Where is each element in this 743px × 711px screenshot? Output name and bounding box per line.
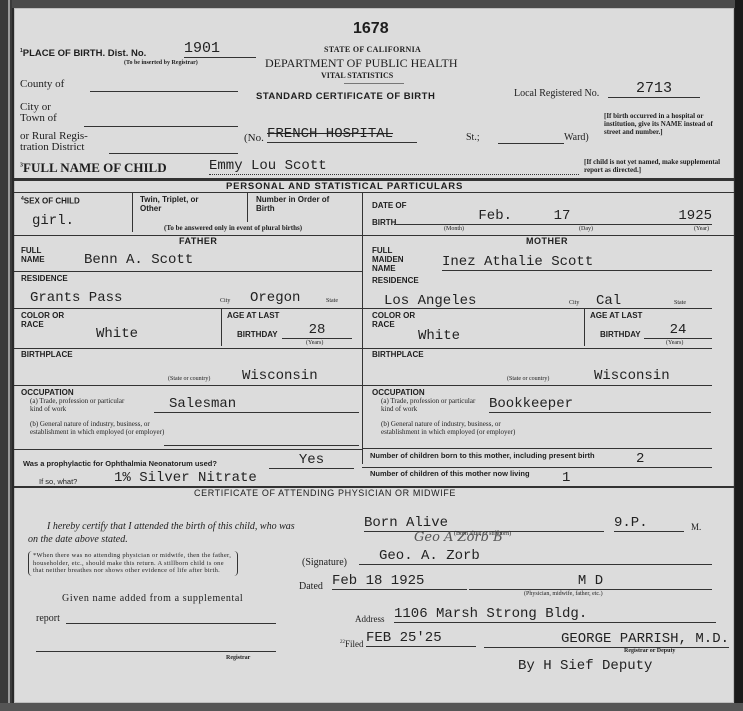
mother-occupation-label: OCCUPATION	[372, 388, 425, 397]
mother-residence-label: RESIDENCE	[372, 276, 419, 285]
certify-statement: I hereby certify that I attended the bir…	[47, 521, 295, 532]
meridiem-label: M.	[691, 522, 701, 532]
scan-edge-top	[0, 0, 743, 8]
mother-name-label: FULL MAIDEN NAME	[372, 246, 412, 273]
city-caption: City	[569, 300, 579, 306]
dob-month: Feb.	[394, 208, 512, 225]
registrar-caption: Registrar	[226, 655, 250, 661]
father-occupation: Salesman	[154, 396, 359, 413]
mother-age-label-2: BIRTHDAY	[600, 330, 641, 339]
divider	[132, 192, 133, 232]
dob-label-2: BIRTH	[372, 218, 396, 227]
city-caption: City	[220, 298, 230, 304]
report-label: report	[36, 613, 60, 624]
place-of-birth-label: 1PLACE OF BIRTH. Dist. No.	[20, 48, 146, 59]
birth-order-label: Number in Order of Birth	[256, 195, 346, 213]
department-name: DEPARTMENT OF PUBLIC HEALTH	[265, 56, 458, 71]
street-label: St.;	[466, 132, 480, 143]
mother-age: 24	[644, 322, 712, 339]
mother-age-label-1: AGE AT LAST	[590, 311, 642, 320]
center-divider	[362, 192, 363, 464]
registrar-signature-line	[36, 651, 276, 652]
father-age-label-1: AGE AT LAST	[227, 311, 279, 320]
father-age-label-2: BIRTHDAY	[237, 330, 278, 339]
address-label: Address	[355, 614, 385, 624]
physician-title-caption: (Physician, midwife, father, etc.)	[524, 591, 603, 597]
state-caption: State	[674, 300, 686, 306]
divider	[247, 192, 248, 222]
children-living: 1	[562, 470, 570, 486]
supplemental-label: Given name added from a supplemental	[62, 593, 243, 604]
father-name-label: FULL NAME	[21, 246, 51, 264]
ward-label: Ward)	[564, 132, 589, 143]
deputy-signature: By H Sief Deputy	[518, 658, 652, 674]
child-sex: girl.	[32, 213, 74, 229]
twin-label: Twin, Triplet, or Other	[140, 195, 210, 213]
signature-label: (Signature)	[302, 557, 347, 568]
father-birthplace-label: BIRTHPLACE	[21, 350, 73, 359]
year-caption: (Year)	[694, 226, 709, 232]
years-caption: (Years)	[666, 340, 683, 346]
city-label: City orTown of	[20, 102, 57, 124]
filed-date: FEB 25'25	[366, 630, 476, 647]
section-title: PERSONAL AND STATISTICAL PARTICULARS	[226, 181, 463, 192]
dated-label: Dated	[299, 581, 323, 592]
divider	[362, 467, 712, 468]
mother-occupation-b-label: (b) General nature of industry, business…	[381, 420, 521, 436]
certify-statement-2: on the date above stated.	[28, 534, 128, 545]
divider	[14, 385, 362, 386]
district-number: 1901	[184, 40, 256, 58]
birth-time: 9.P.	[614, 515, 684, 532]
county-label: County of	[20, 78, 64, 90]
divider	[14, 271, 362, 272]
prophylactic-what-label: If so, what?	[39, 477, 77, 486]
divider	[221, 308, 222, 346]
divider	[14, 192, 734, 193]
divider	[362, 448, 712, 449]
physician-address: 1106 Marsh Strong Bldg.	[394, 606, 716, 623]
dated-value: Feb 18 1925	[332, 573, 467, 590]
birthplace-caption: (State or country)	[507, 376, 549, 382]
physician-signature-handwritten: Geo A Zorb B	[414, 530, 503, 545]
state-caption: State	[326, 298, 338, 304]
children-born: 2	[636, 451, 644, 467]
mother-occupation-a-label: (a) Trade, profession or particular kind…	[381, 397, 489, 413]
father-residence-label: RESIDENCE	[21, 274, 68, 283]
city-field	[84, 126, 238, 127]
local-registered-label: Local Registered No.	[514, 88, 599, 99]
divider	[584, 308, 585, 346]
filed-label: 22Filed	[340, 639, 364, 649]
mother-race: White	[418, 328, 460, 344]
mother-race-label: COLOR OR RACE	[372, 311, 422, 329]
years-caption: (Years)	[306, 340, 323, 346]
file-number: 1678	[353, 20, 389, 38]
no-physician-note: *When there was no attending physician o…	[28, 551, 238, 576]
divider	[362, 385, 712, 386]
child-full-name: Emmy Lou Scott	[209, 158, 579, 175]
father-race-label: COLOR OR RACE	[21, 311, 71, 329]
month-caption: (Month)	[444, 226, 464, 232]
divider	[362, 308, 712, 309]
report-field	[66, 623, 276, 624]
children-born-label: Number of children born to this mother, …	[370, 451, 595, 460]
document-title: STANDARD CERTIFICATE OF BIRTH	[256, 91, 435, 102]
mother-occupation: Bookkeeper	[489, 396, 711, 413]
father-city: Grants Pass	[30, 290, 122, 306]
mother-state: Cal	[596, 293, 621, 309]
birth-certificate: 1678 STATE OF CALIFORNIA DEPARTMENT OF P…	[14, 8, 734, 703]
divider	[344, 83, 404, 84]
rural-district-label: or Rural Regis-tration District	[20, 131, 88, 153]
no-label: (No.	[244, 132, 264, 144]
mother-city: Los Angeles	[384, 293, 476, 309]
plural-births-note: (To be answered only in event of plural …	[164, 224, 302, 232]
father-age: 28	[282, 322, 352, 339]
rural-district-field	[109, 153, 238, 154]
divider	[14, 308, 362, 309]
father-heading: FATHER	[179, 236, 217, 246]
physician-certificate-title: CERTIFICATE OF ATTENDING PHYSICIAN OR MI…	[194, 488, 456, 498]
physician-title: M D	[469, 573, 712, 590]
dob-day: 17	[512, 208, 612, 225]
birthplace-caption: (State or country)	[168, 376, 210, 382]
district-note: (To be inserted by Registrar)	[124, 60, 198, 66]
state-name: STATE OF CALIFORNIA	[324, 45, 421, 54]
mother-heading: MOTHER	[526, 236, 568, 246]
father-name: Benn A. Scott	[84, 252, 193, 268]
scan-edge-bottom	[0, 703, 743, 711]
hospital-note: [If birth occurred in a hospital or inst…	[604, 112, 728, 136]
day-caption: (Day)	[579, 226, 593, 232]
father-industry-field	[164, 445, 359, 446]
registrar-role-caption: Registrar or Deputy	[624, 648, 675, 654]
father-occupation-label: OCCUPATION	[21, 388, 74, 397]
father-occupation-b-label: (b) General nature of industry, business…	[30, 420, 170, 436]
dob-year: 1925	[612, 208, 712, 225]
divider	[362, 348, 712, 349]
prophylactic-what: 1% Silver Nitrate	[104, 470, 359, 487]
county-field	[90, 91, 238, 92]
scan-edge-left	[0, 0, 12, 711]
mother-birthplace-label: BIRTHPLACE	[372, 350, 424, 359]
child-name-note: [If child is not yet named, make supplem…	[584, 158, 729, 174]
physician-signature-typed: Geo. A. Zorb	[359, 548, 712, 565]
local-registered-number: 2713	[608, 80, 700, 98]
registrar-name: GEORGE PARRISH, M.D.	[484, 631, 729, 648]
bureau-name: VITAL STATISTICS	[321, 71, 393, 80]
divider	[14, 449, 362, 450]
prophylactic-question: Was a prophylactic for Ophthalmia Neonat…	[23, 459, 217, 468]
divider	[14, 348, 362, 349]
father-race: White	[96, 326, 138, 342]
father-birthplace: Wisconsin	[242, 368, 318, 384]
ward-field	[498, 143, 564, 144]
father-state: Oregon	[250, 290, 300, 306]
hospital-name: FRENCH HOSPITAL	[267, 126, 417, 143]
scan-edge-right	[735, 0, 743, 711]
divider	[14, 235, 734, 236]
sex-label: 4SEX OF CHILD	[21, 195, 80, 206]
father-occupation-a-label: (a) Trade, profession or particular kind…	[30, 397, 138, 413]
mother-birthplace: Wisconsin	[594, 368, 670, 384]
mother-name: Inez Athalie Scott	[442, 254, 712, 271]
full-name-label: 3FULL NAME OF CHILD	[20, 160, 167, 176]
children-living-label: Number of children of this mother now li…	[370, 469, 530, 478]
prophylactic-answer: Yes	[269, 452, 354, 469]
